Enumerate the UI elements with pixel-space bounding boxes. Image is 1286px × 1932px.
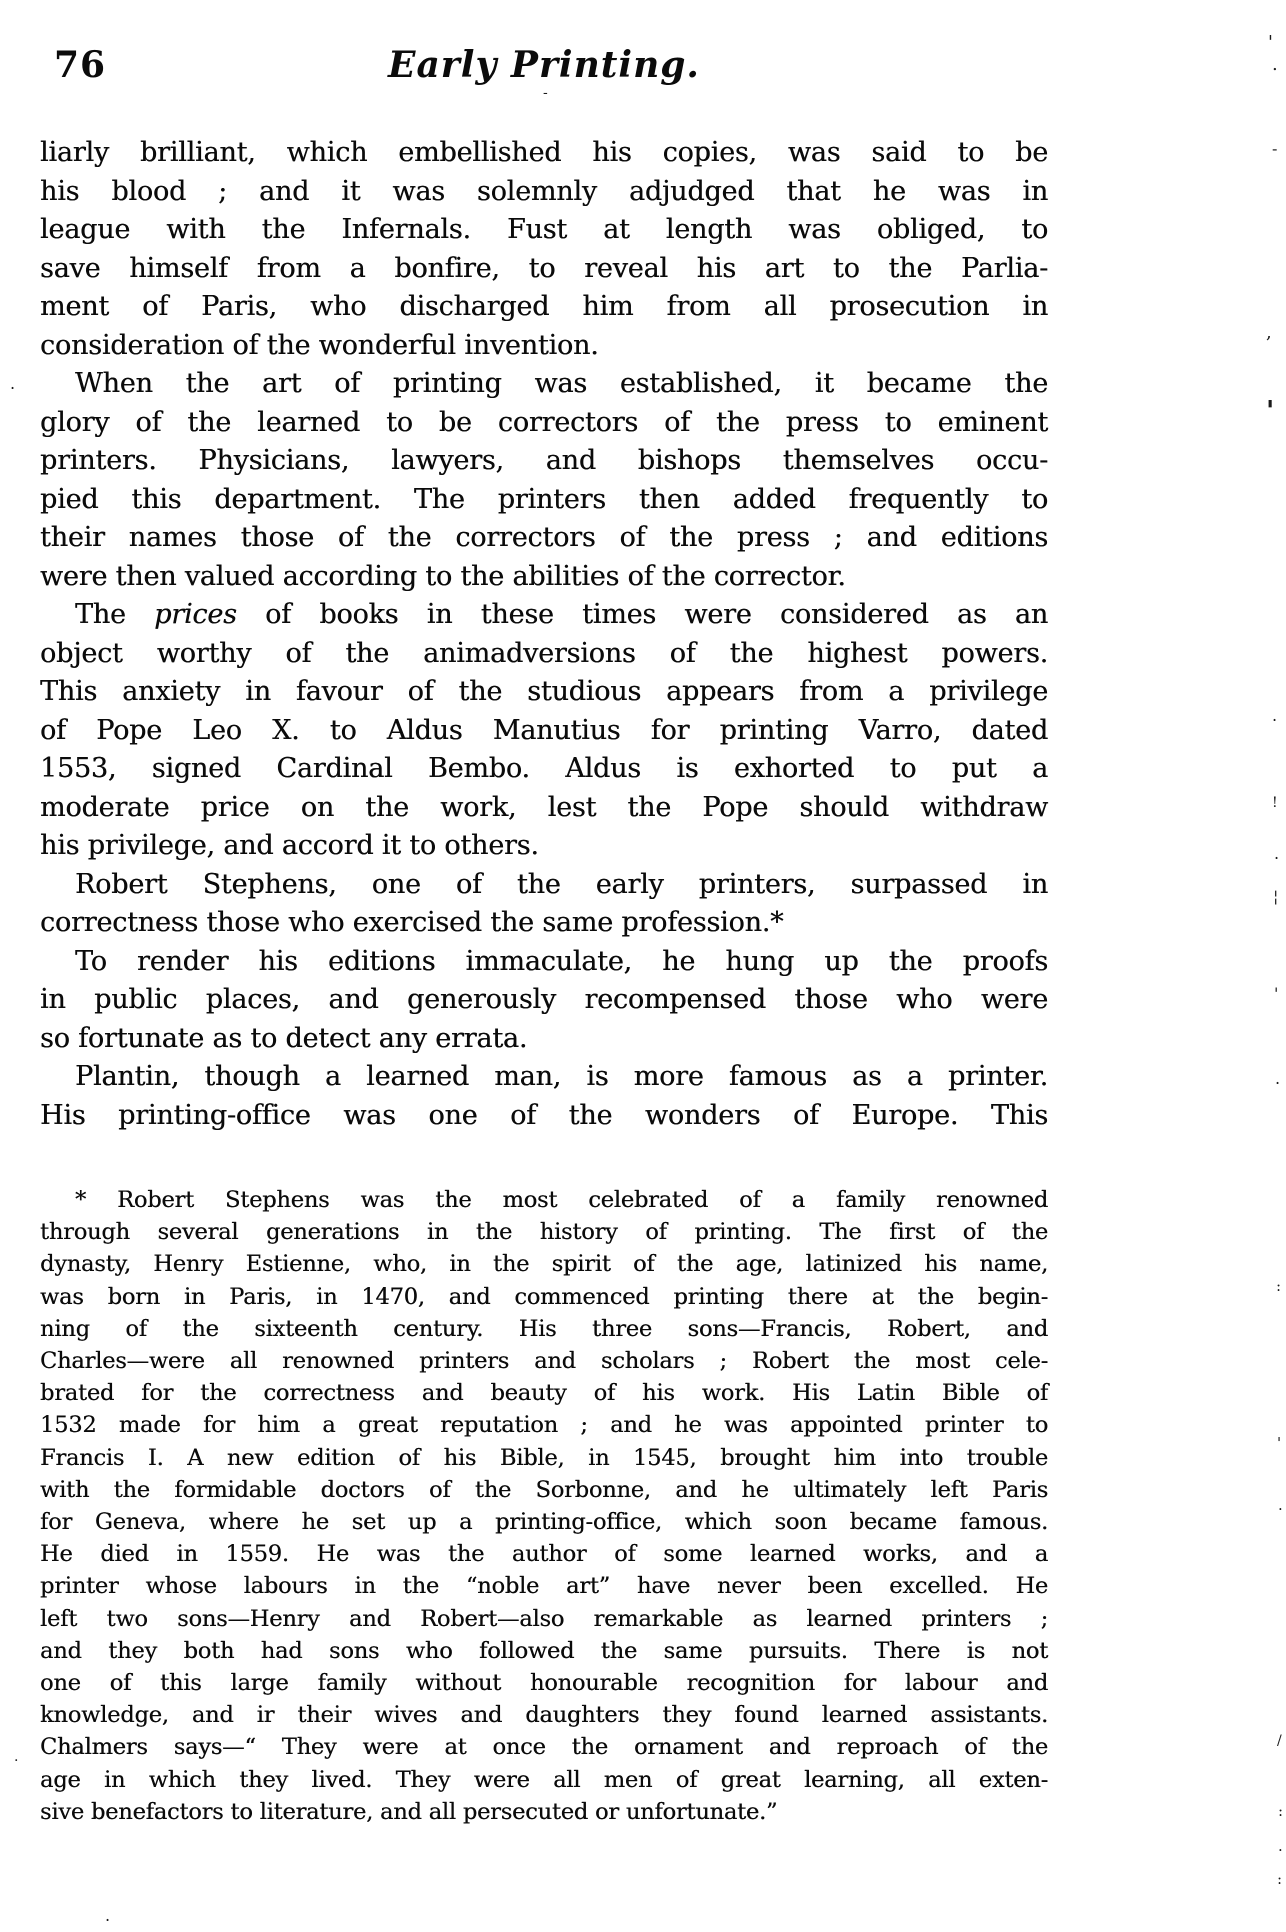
text-line: printer whose labours in the “noble art”…	[40, 1570, 1048, 1602]
scan-artifact: -	[543, 86, 548, 100]
text-line: The prices of books in these times were …	[40, 596, 1048, 635]
text-line: Francis I. A new edition of his Bible, i…	[40, 1442, 1048, 1474]
text-line: were then valued according to the abilit…	[40, 558, 1048, 597]
scan-artifact: .	[1272, 56, 1278, 74]
text-line: Chalmers says—“ They were at once the or…	[40, 1731, 1048, 1763]
scan-artifact: :	[1278, 1804, 1283, 1819]
text-line: 1553, signed Cardinal Bembo. Aldus is ex…	[40, 750, 1048, 789]
scan-artifact: -	[1272, 141, 1277, 157]
text-line: moderate price on the work, lest the Pop…	[40, 789, 1048, 828]
scan-artifact: :	[1277, 1872, 1282, 1887]
scan-artifact: ¦	[1273, 889, 1278, 905]
paragraph: To render his editions immaculate, he hu…	[40, 943, 1048, 1059]
scan-artifact: .	[1272, 708, 1277, 724]
scan-artifact: .	[14, 1750, 18, 1764]
paragraph: Robert Stephens, one of the early printe…	[40, 866, 1048, 943]
text-line: his privilege, and accord it to others.	[40, 827, 1048, 866]
paragraph: * Robert Stephens was the most celebrate…	[40, 1184, 1048, 1828]
text-line: 1532 made for him a great reputation ; a…	[40, 1409, 1048, 1441]
text-line: and they both had sons who followed the …	[40, 1635, 1048, 1667]
scan-artifact: .	[1274, 846, 1279, 862]
text-line: age in which they lived. They were all m…	[40, 1764, 1048, 1796]
text-line: To render his editions immaculate, he hu…	[40, 943, 1048, 982]
text-line: ning of the sixteenth century. His three…	[40, 1313, 1048, 1345]
text-line: sive benefactors to literature, and all …	[40, 1796, 1048, 1828]
scan-artifact: .	[1278, 1839, 1283, 1854]
text-line: glory of the learned to be correctors of…	[40, 404, 1048, 443]
text-line: liarly brilliant, which embellished his …	[40, 134, 1048, 173]
text-line: league with the Infernals. Fust at lengt…	[40, 211, 1048, 250]
text-line: of Pope Leo X. to Aldus Manutius for pri…	[40, 712, 1048, 751]
text-line: in public places, and generously recompe…	[40, 981, 1048, 1020]
paragraph: When the art of printing was established…	[40, 365, 1048, 596]
paragraph: The prices of books in these times were …	[40, 596, 1048, 866]
text-line: pied this department. The printers then …	[40, 481, 1048, 520]
text-line: consideration of the wonderful invention…	[40, 327, 1048, 366]
text-line: their names those of the correctors of t…	[40, 519, 1048, 558]
scan-artifact: /	[1277, 1734, 1282, 1748]
text-line: with the formidable doctors of the Sorbo…	[40, 1474, 1048, 1506]
text-line: correctness those who exercised the same…	[40, 904, 1048, 943]
text-line: for Geneva, where he set up a printing-o…	[40, 1506, 1048, 1538]
scan-artifact: '	[1268, 34, 1273, 52]
text-line: Charles—were all renowned printers and s…	[40, 1345, 1048, 1377]
text-line: one of this large family without honoura…	[40, 1667, 1048, 1699]
text-line: his blood ; and it was solemnly adjudged…	[40, 173, 1048, 212]
scan-artifact: !	[1272, 796, 1278, 810]
text-line: left two sons—Henry and Robert—also rema…	[40, 1603, 1048, 1635]
footnote: * Robert Stephens was the most celebrate…	[40, 1184, 1048, 1828]
text-line: through several generations in the histo…	[40, 1216, 1048, 1248]
scan-artifact: '	[1274, 986, 1278, 1002]
text-line: His printing-office was one of the wonde…	[40, 1097, 1048, 1136]
paragraph: liarly brilliant, which embellished his …	[40, 134, 1048, 365]
text-line: knowledge, and ir their wives and daught…	[40, 1699, 1048, 1731]
text-line: save himself from a bonfire, to reveal h…	[40, 250, 1048, 289]
paragraph: Plantin, though a learned man, is more f…	[40, 1058, 1048, 1135]
scan-artifact: .	[105, 1908, 110, 1924]
text-line: Robert Stephens, one of the early printe…	[40, 866, 1048, 905]
text-line: ment of Paris, who discharged him from a…	[40, 288, 1048, 327]
text-line: so fortunate as to detect any errata.	[40, 1020, 1048, 1059]
text-line: object worthy of the animadversions of t…	[40, 635, 1048, 674]
text-line: dynasty, Henry Estienne, who, in the spi…	[40, 1248, 1048, 1280]
main-text: liarly brilliant, which embellished his …	[40, 134, 1048, 1135]
page-title: Early Printing.	[40, 44, 1048, 86]
text-line: was born in Paris, in 1470, and commence…	[40, 1281, 1048, 1313]
scan-artifact: .	[1275, 1071, 1280, 1087]
scan-artifact: '	[1266, 398, 1274, 425]
text-line: brated for the correctness and beauty of…	[40, 1377, 1048, 1409]
scan-artifact: .	[1278, 1498, 1283, 1513]
scan-artifact: '	[1277, 1436, 1281, 1451]
text-line: * Robert Stephens was the most celebrate…	[40, 1184, 1048, 1216]
text-line: printers. Physicians, lawyers, and bisho…	[40, 442, 1048, 481]
text-line: This anxiety in favour of the studious a…	[40, 673, 1048, 712]
scan-artifact: ,	[1266, 324, 1272, 342]
text-line: When the art of printing was established…	[40, 365, 1048, 404]
book-page: 76 Early Printing. liarly brilliant, whi…	[0, 0, 1286, 1932]
scan-artifact: :	[1276, 1279, 1281, 1294]
text-line: Plantin, though a learned man, is more f…	[40, 1058, 1048, 1097]
text-line: He died in 1559. He was the author of so…	[40, 1538, 1048, 1570]
scan-artifact: .	[10, 376, 15, 392]
